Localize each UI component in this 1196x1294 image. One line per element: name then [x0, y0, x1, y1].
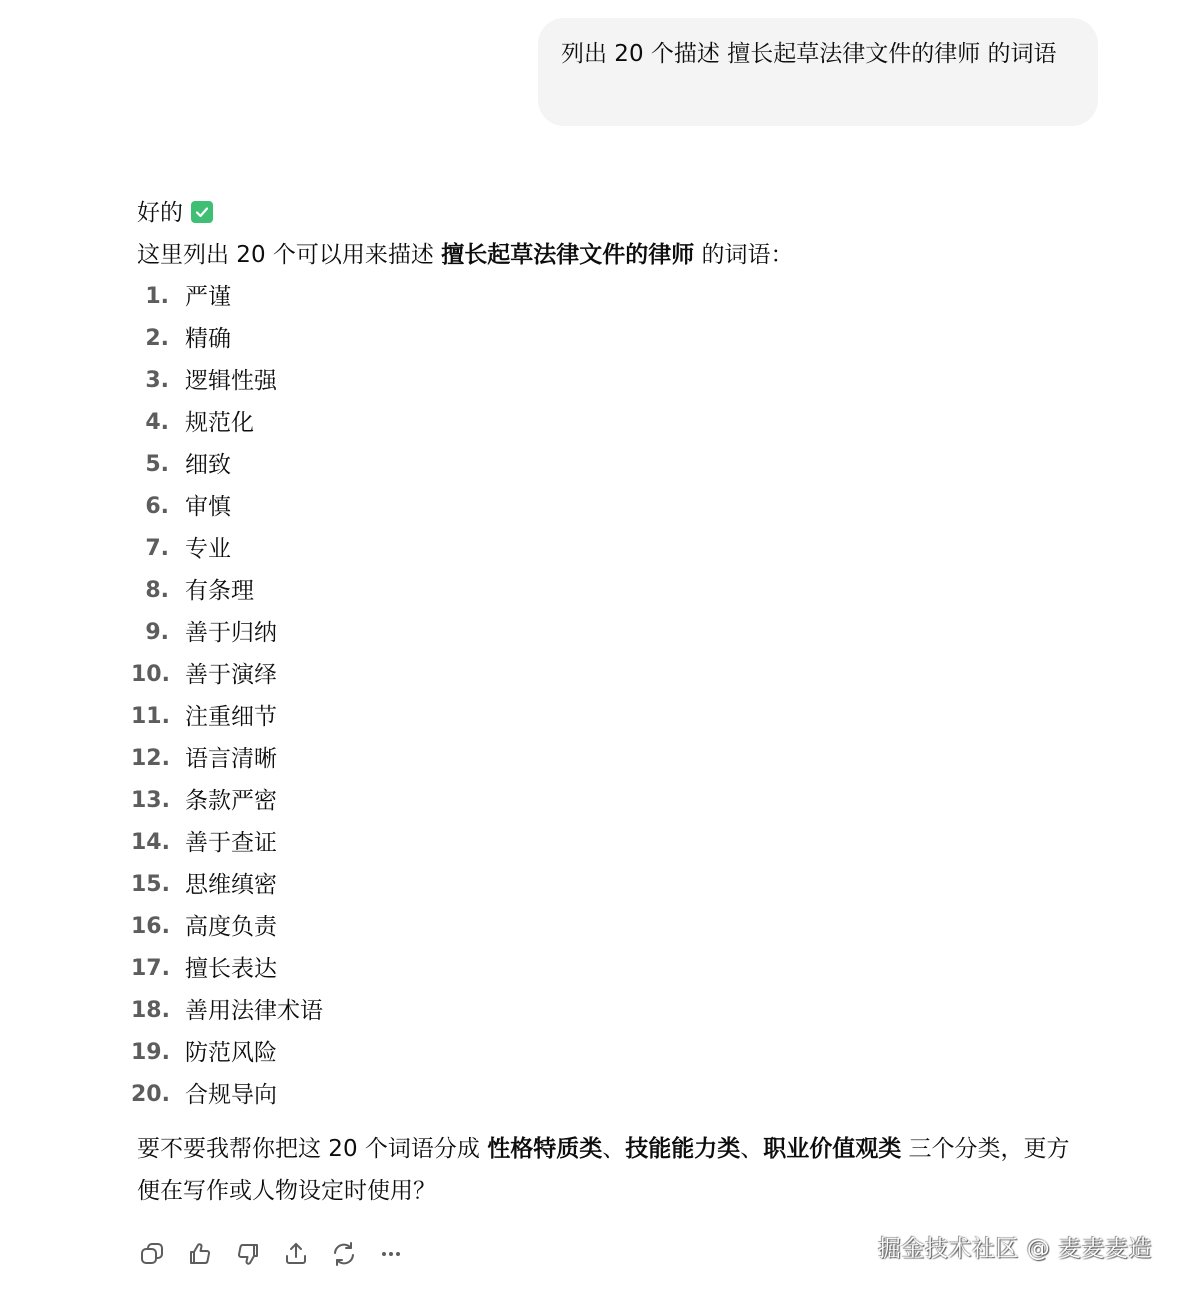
- list-text: 严谨: [185, 284, 231, 310]
- list-number: 13.: [131, 780, 169, 822]
- list-text: 规范化: [185, 410, 254, 436]
- list-number: 14.: [131, 822, 169, 864]
- list-number: 3.: [131, 360, 169, 402]
- list-text: 善于演绎: [185, 662, 277, 688]
- list-text: 有条理: [185, 578, 254, 604]
- list-item: 2.精确: [137, 318, 1097, 360]
- list-text: 细致: [185, 452, 231, 478]
- refresh-icon: [330, 1240, 358, 1268]
- list-number: 16.: [131, 906, 169, 948]
- list-text: 高度负责: [185, 914, 277, 940]
- list-text: 防范风险: [185, 1040, 277, 1066]
- more-icon: [378, 1240, 406, 1268]
- assistant-intro: 这里列出 20 个可以用来描述 擅长起草法律文件的律师 的词语：: [137, 234, 1097, 276]
- list-text: 条款严密: [185, 788, 277, 814]
- list-text: 善用法律术语: [185, 998, 323, 1024]
- list-text: 专业: [185, 536, 231, 562]
- list-item: 15.思维缜密: [137, 864, 1097, 906]
- category-skills: 技能能力类: [625, 1136, 740, 1162]
- copy-icon: [138, 1240, 166, 1268]
- list-number: 8.: [131, 570, 169, 612]
- assistant-message: 好的 这里列出 20 个可以用来描述 擅长起草法律文件的律师 的词语： 1.严谨…: [137, 192, 1097, 1212]
- check-mark-icon: [191, 201, 213, 223]
- list-item: 18.善用法律术语: [137, 990, 1097, 1032]
- list-item: 19.防范风险: [137, 1032, 1097, 1074]
- message-action-bar: [138, 1236, 426, 1272]
- list-item: 1.严谨: [137, 276, 1097, 318]
- list-number: 5.: [131, 444, 169, 486]
- list-item: 16.高度负责: [137, 906, 1097, 948]
- list-number: 6.: [131, 486, 169, 528]
- separator: 、: [602, 1136, 625, 1162]
- list-text: 擅长表达: [185, 956, 277, 982]
- followup-prefix: 要不要我帮你把这 20 个词语分成: [137, 1136, 487, 1162]
- list-item: 13.条款严密: [137, 780, 1097, 822]
- regenerate-button[interactable]: [330, 1236, 378, 1272]
- share-icon: [282, 1240, 310, 1268]
- list-number: 4.: [131, 402, 169, 444]
- word-list: 1.严谨 2.精确 3.逻辑性强 4.规范化 5.细致 6.审慎 7.专业 8.…: [137, 276, 1097, 1116]
- list-item: 8.有条理: [137, 570, 1097, 612]
- assistant-greeting: 好的: [137, 200, 183, 226]
- category-values: 职业价值观类: [763, 1136, 901, 1162]
- thumbs-down-icon: [234, 1240, 262, 1268]
- list-item: 4.规范化: [137, 402, 1097, 444]
- share-button[interactable]: [282, 1236, 330, 1272]
- separator: 、: [740, 1136, 763, 1162]
- list-item: 6.审慎: [137, 486, 1097, 528]
- list-text: 注重细节: [185, 704, 277, 730]
- list-number: 7.: [131, 528, 169, 570]
- thumbs-down-button[interactable]: [234, 1236, 282, 1272]
- list-text: 审慎: [185, 494, 231, 520]
- list-text: 善于归纳: [185, 620, 277, 646]
- list-item: 3.逻辑性强: [137, 360, 1097, 402]
- list-text: 善于查证: [185, 830, 277, 856]
- list-number: 1.: [131, 276, 169, 318]
- list-number: 20.: [131, 1074, 169, 1116]
- watermark: 掘金技术社区 @ 麦麦麦造: [878, 1230, 1152, 1263]
- list-item: 7.专业: [137, 528, 1097, 570]
- user-message-bubble: 列出 20 个描述 擅长起草法律文件的律师 的词语: [538, 18, 1098, 126]
- thumbs-up-button[interactable]: [186, 1236, 234, 1272]
- intro-suffix: 的词语：: [694, 242, 793, 268]
- user-message-text: 列出 20 个描述 擅长起草法律文件的律师 的词语: [561, 41, 1057, 67]
- list-number: 2.: [131, 318, 169, 360]
- thumbs-up-icon: [186, 1240, 214, 1268]
- list-number: 19.: [131, 1032, 169, 1074]
- list-number: 12.: [131, 738, 169, 780]
- list-number: 11.: [131, 696, 169, 738]
- list-number: 15.: [131, 864, 169, 906]
- list-item: 12.语言清晰: [137, 738, 1097, 780]
- list-number: 18.: [131, 990, 169, 1032]
- list-number: 17.: [131, 948, 169, 990]
- category-personality: 性格特质类: [487, 1136, 602, 1162]
- assistant-greeting-line: 好的: [137, 192, 1097, 234]
- list-text: 逻辑性强: [185, 368, 277, 394]
- list-number: 9.: [131, 612, 169, 654]
- list-item: 10.善于演绎: [137, 654, 1097, 696]
- list-item: 11.注重细节: [137, 696, 1097, 738]
- list-item: 14.善于查证: [137, 822, 1097, 864]
- assistant-followup: 要不要我帮你把这 20 个词语分成 性格特质类、技能能力类、职业价值观类 三个分…: [137, 1128, 1087, 1212]
- intro-highlight: 擅长起草法律文件的律师: [441, 242, 694, 268]
- list-text: 思维缜密: [185, 872, 277, 898]
- list-item: 5.细致: [137, 444, 1097, 486]
- list-text: 合规导向: [185, 1082, 277, 1108]
- intro-prefix: 这里列出 20 个可以用来描述: [137, 242, 441, 268]
- list-text: 语言清晰: [185, 746, 277, 772]
- list-item: 20.合规导向: [137, 1074, 1097, 1116]
- list-number: 10.: [131, 654, 169, 696]
- more-options-button[interactable]: [378, 1236, 426, 1272]
- list-text: 精确: [185, 326, 231, 352]
- copy-button[interactable]: [138, 1236, 186, 1272]
- list-item: 17.擅长表达: [137, 948, 1097, 990]
- list-item: 9.善于归纳: [137, 612, 1097, 654]
